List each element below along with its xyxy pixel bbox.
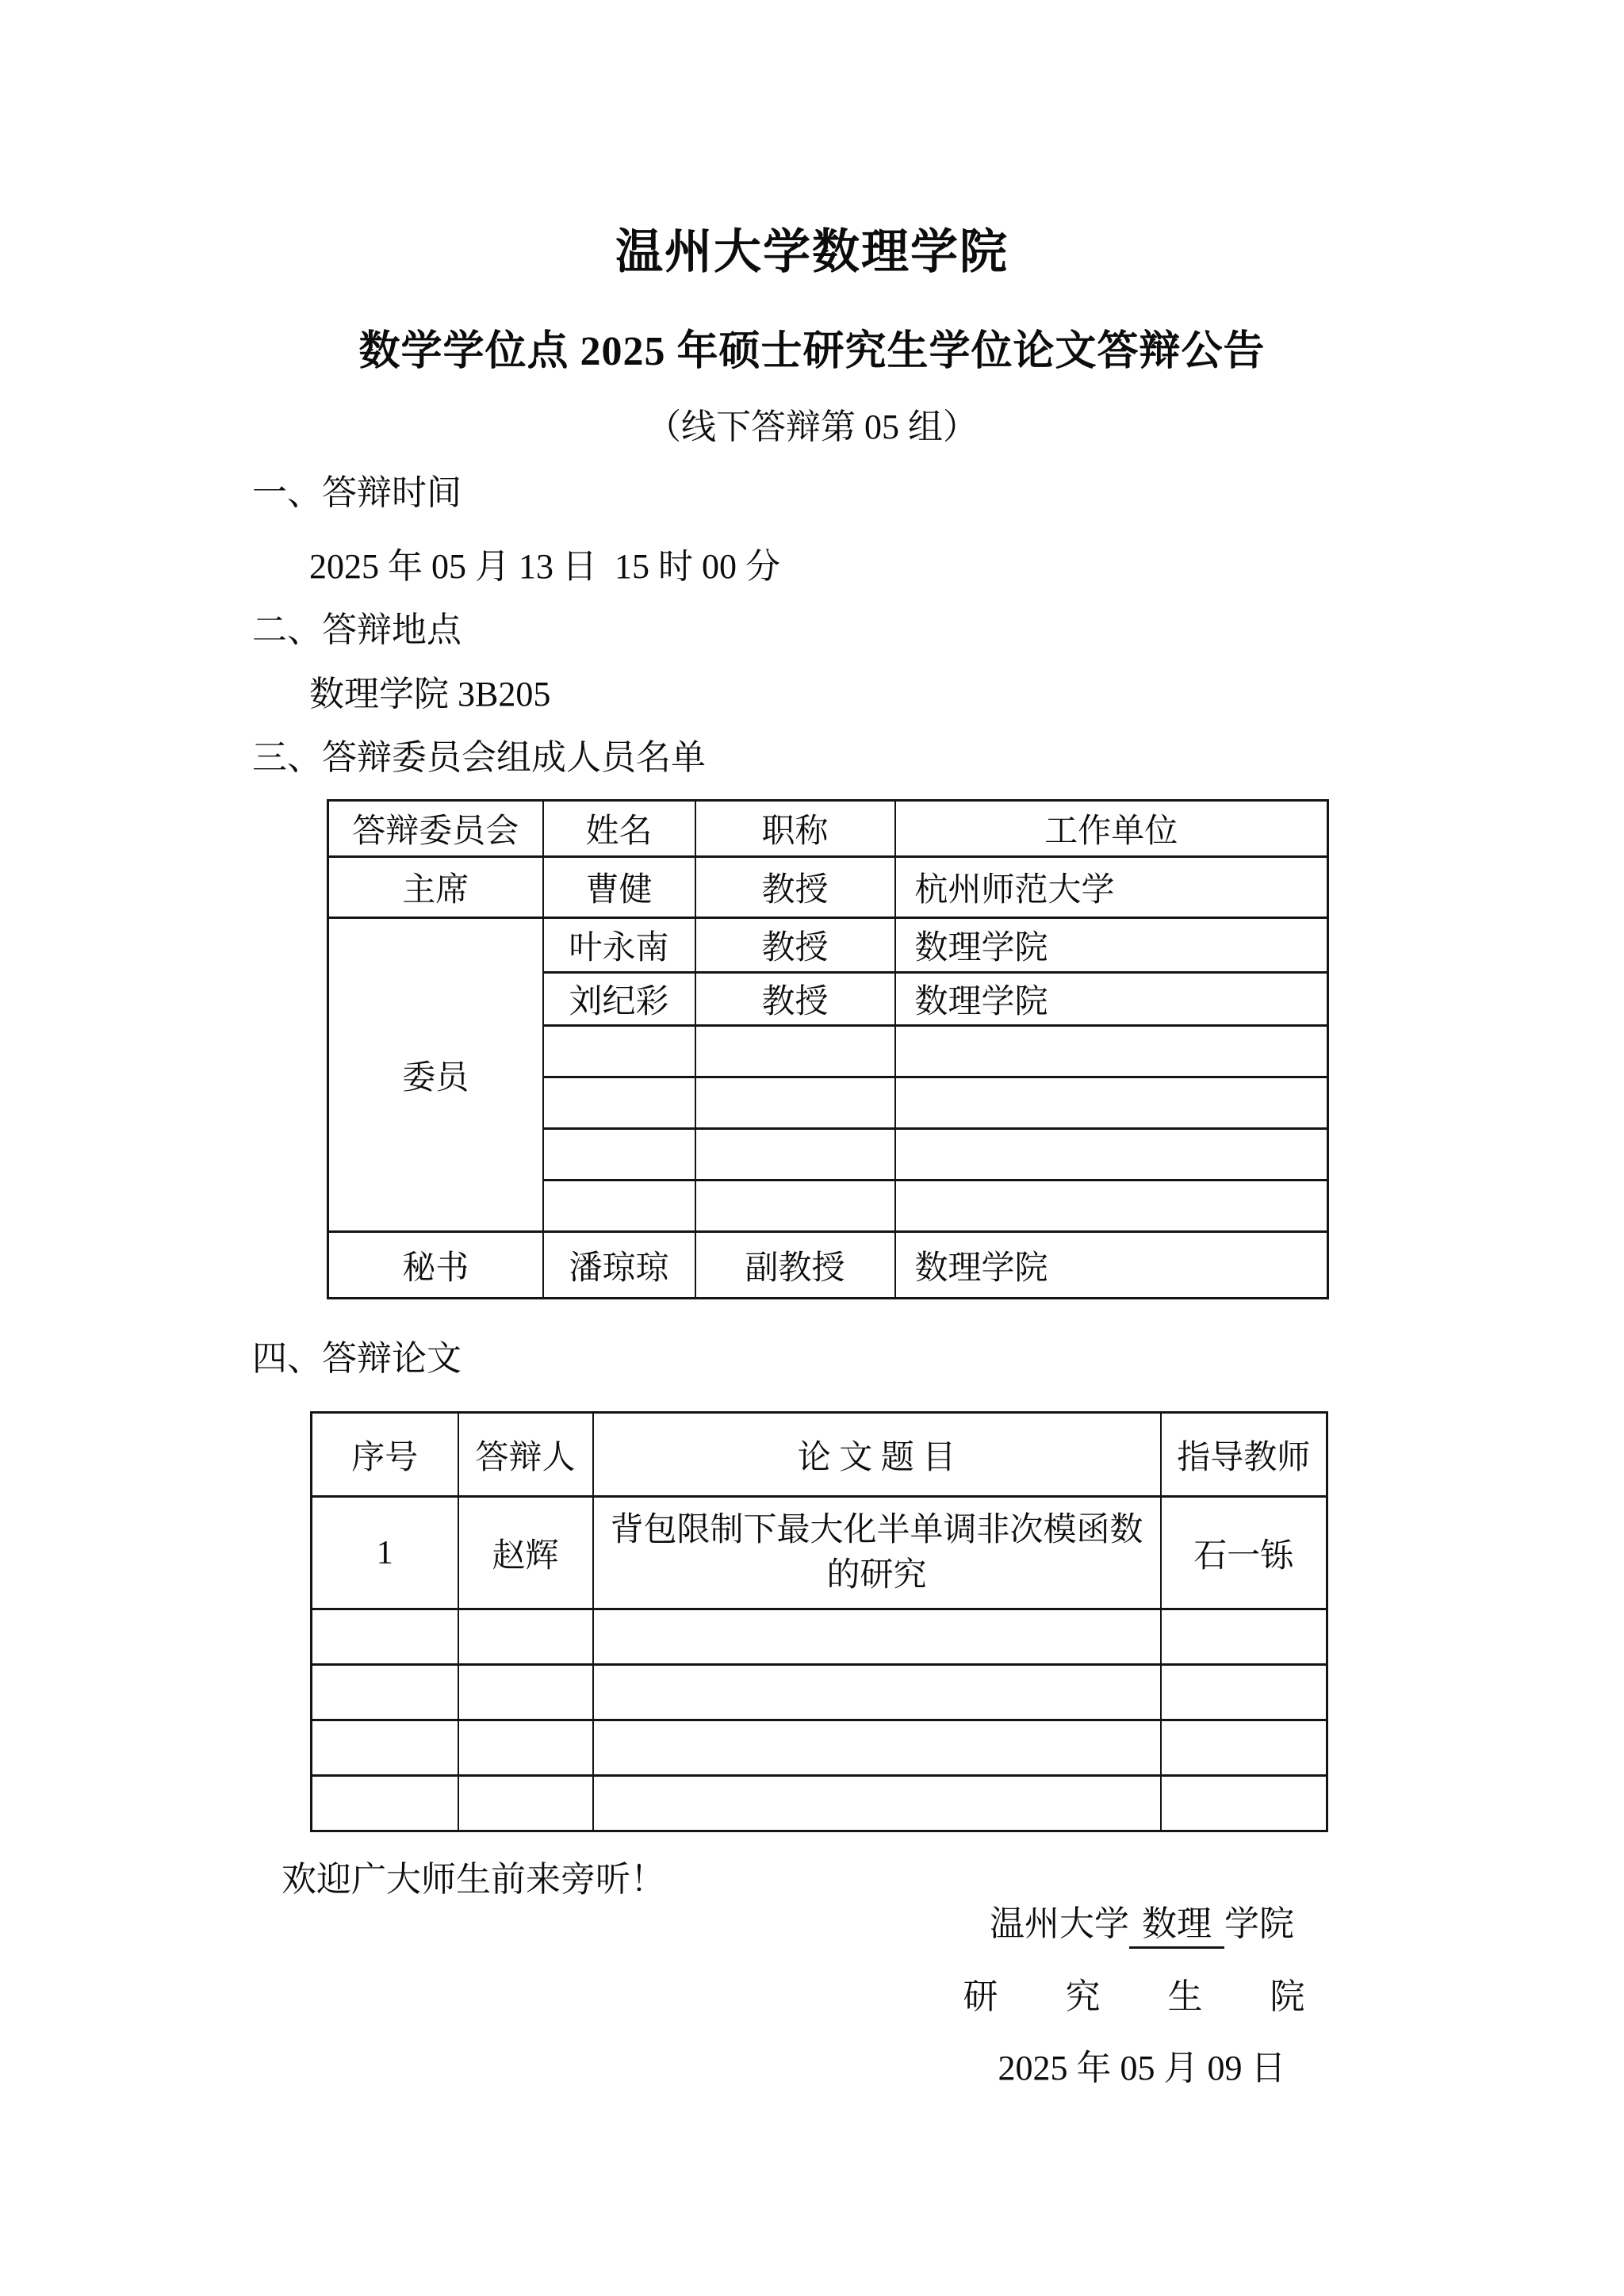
empty-cell [895,1026,1328,1077]
empty-cell [458,1720,593,1776]
signature-unit-line: 研 究 生 院 [872,1968,1411,2019]
empty-cell [543,1181,695,1232]
committee-chair-row: 主席 曹健 教授 杭州师范大学 [328,857,1328,918]
member-title-cell: 教授 [695,973,895,1026]
empty-cell [695,1077,895,1129]
empty-cell [895,1129,1328,1181]
signature-org-suffix: 学院 [1224,1904,1294,1943]
empty-cell [695,1129,895,1181]
empty-cell [895,1181,1328,1232]
committee-col-header-title: 职称 [695,801,895,857]
thesis-empty-row [312,1776,1327,1831]
underlined-department: 数理 [1129,1904,1224,1949]
empty-cell [593,1665,1161,1720]
empty-cell [312,1609,458,1665]
signature-block: 温州大学数理学院 研 究 生 院 2025 年 05 月 09 日 [872,1895,1411,2101]
committee-secretary-row: 秘书 潘琼琼 副教授 数理学院 [328,1232,1328,1299]
empty-cell [593,1776,1161,1831]
defense-announcement-document: 温州大学数理学院 数学学位点 2025 年硕士研究生学位论文答辩公告 （线下答辩… [0,0,1624,2296]
empty-cell [1161,1609,1327,1665]
chair-name-cell: 曹健 [543,857,695,918]
thesis-col-header-no: 序号 [312,1413,458,1497]
chair-unit-cell: 杭州师范大学 [895,857,1328,918]
empty-cell [458,1665,593,1720]
thesis-advisor-cell: 石一铄 [1161,1497,1327,1609]
empty-cell [1161,1776,1327,1831]
empty-cell [543,1026,695,1077]
welcome-note: 欢迎广大师生前来旁听！ [282,1850,665,1901]
section-committee-label: 三、答辩委员会组成人员名单 [252,729,706,779]
section-defense-location-label: 二、答辩地点 [252,601,462,652]
document-title: 温州大学数理学院 [0,214,1624,282]
empty-cell [458,1609,593,1665]
defense-time-value: 2025 年 05 月 13 日 15 时 00 分 [309,538,780,588]
member-unit-cell: 数理学院 [895,918,1328,973]
thesis-col-header-defender: 答辩人 [458,1413,593,1497]
secretary-role-cell: 秘书 [328,1232,543,1299]
thesis-no-cell: 1 [312,1497,458,1609]
thesis-table: 序号 答辩人 论 文 题 目 指导教师 1 赵辉 背包限制下最大化半单调非次模函… [310,1411,1328,1832]
empty-cell [458,1776,593,1831]
member-name-cell: 叶永南 [543,918,695,973]
defense-location-value: 数理学院 3B205 [309,665,550,716]
thesis-empty-row [312,1665,1327,1720]
signature-date: 2025 年 05 月 09 日 [872,2039,1411,2090]
empty-cell [543,1077,695,1129]
empty-cell [543,1129,695,1181]
secretary-name-cell: 潘琼琼 [543,1232,695,1299]
empty-cell [695,1181,895,1232]
empty-cell [593,1609,1161,1665]
empty-cell [312,1720,458,1776]
empty-cell [1161,1665,1327,1720]
empty-cell [312,1665,458,1720]
empty-cell [312,1776,458,1831]
empty-cell [593,1720,1161,1776]
empty-cell [1161,1720,1327,1776]
thesis-col-header-advisor: 指导教师 [1161,1413,1327,1497]
member-name-cell: 刘纪彩 [543,973,695,1026]
group-number-label: （线下答辩第 05 组） [0,398,1624,449]
committee-table: 答辩委员会 姓名 职称 工作单位 主席 曹健 教授 杭州师范大学 委员 叶永南 … [327,799,1329,1299]
committee-member-row: 委员 叶永南 教授 数理学院 [328,918,1328,973]
chair-title-cell: 教授 [695,857,895,918]
secretary-title-cell: 副教授 [695,1232,895,1299]
chair-role-cell: 主席 [328,857,543,918]
member-role-cell: 委员 [328,918,543,1232]
section-thesis-label: 四、答辩论文 [252,1330,462,1380]
thesis-col-header-title: 论 文 题 目 [593,1413,1161,1497]
committee-col-header-role: 答辩委员会 [328,801,543,857]
member-title-cell: 教授 [695,918,895,973]
empty-cell [695,1026,895,1077]
document-subtitle: 数学学位点 2025 年硕士研究生学位论文答辩公告 [0,317,1624,377]
thesis-title-cell: 背包限制下最大化半单调非次模函数的研究 [593,1497,1161,1609]
signature-org-prefix: 温州大学 [990,1904,1129,1943]
signature-org-line: 温州大学数理学院 [872,1895,1411,1946]
committee-header-row: 答辩委员会 姓名 职称 工作单位 [328,801,1328,857]
empty-cell [895,1077,1328,1129]
thesis-row: 1 赵辉 背包限制下最大化半单调非次模函数的研究 石一铄 [312,1497,1327,1609]
thesis-defender-cell: 赵辉 [458,1497,593,1609]
secretary-unit-cell: 数理学院 [895,1232,1328,1299]
thesis-empty-row [312,1609,1327,1665]
committee-col-header-unit: 工作单位 [895,801,1328,857]
thesis-header-row: 序号 答辩人 论 文 题 目 指导教师 [312,1413,1327,1497]
member-unit-cell: 数理学院 [895,973,1328,1026]
section-defense-time-label: 一、答辩时间 [252,464,462,515]
thesis-empty-row [312,1720,1327,1776]
committee-col-header-name: 姓名 [543,801,695,857]
